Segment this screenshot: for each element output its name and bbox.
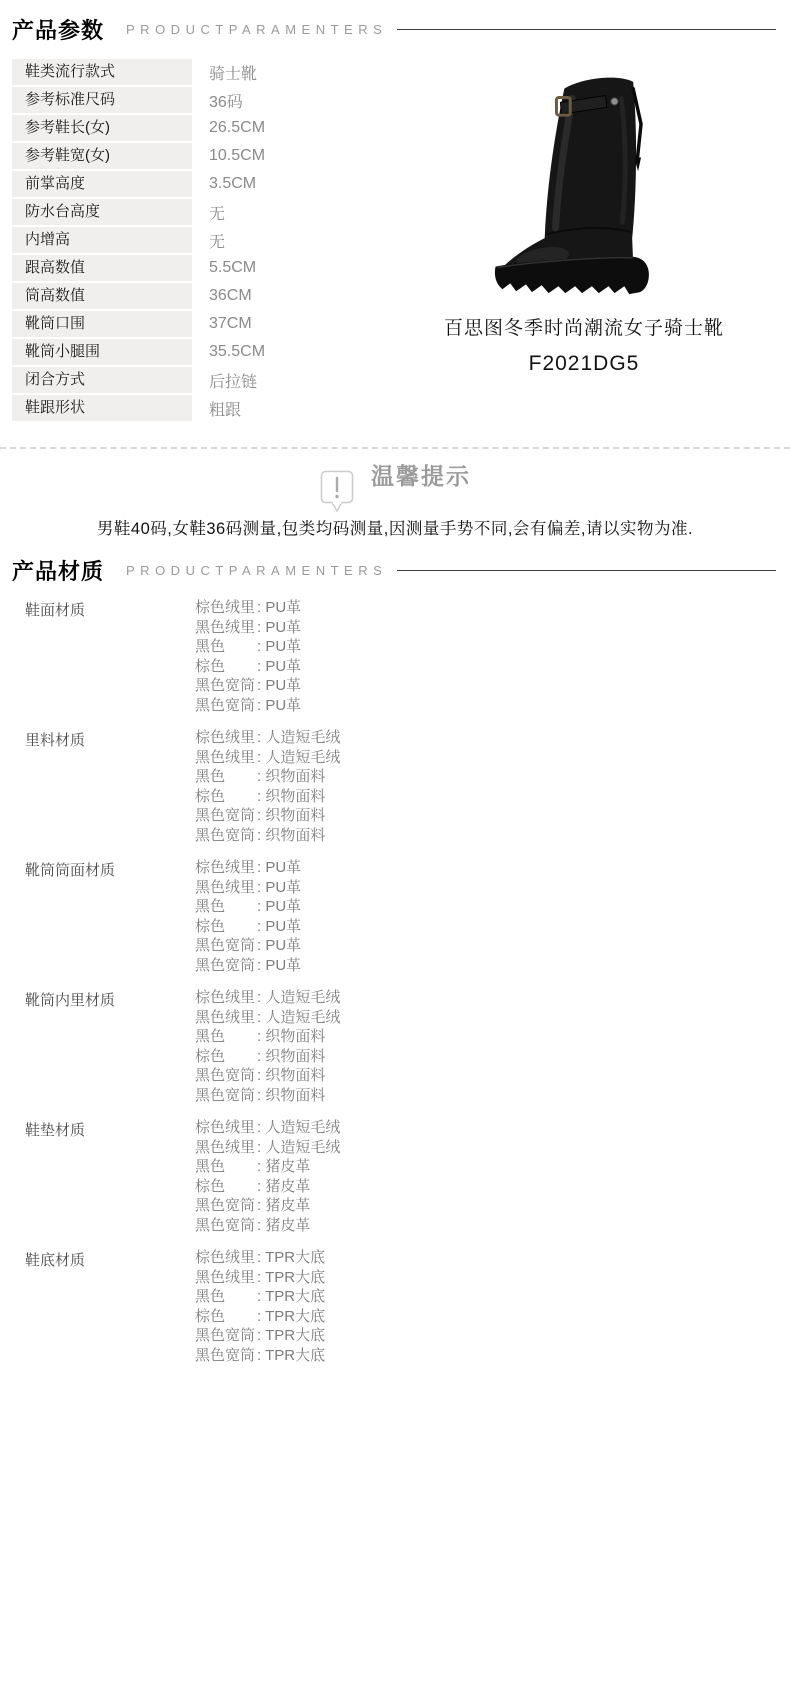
material-value: 织物面料 [265, 788, 325, 805]
param-label: 靴筒口围 [12, 311, 192, 337]
material-variant-name: 黑色宽筒 [195, 1216, 257, 1236]
material-value: 织物面料 [265, 1028, 325, 1045]
material-variant-name: 黑色绒里 [195, 1268, 257, 1288]
material-line: 棕色: 猪皮革 [195, 1177, 340, 1197]
dashed-divider [0, 447, 790, 449]
material-line: 棕色绒里: 人造短毛绒 [195, 1118, 340, 1138]
material-line: 黑色宽筒: 猪皮革 [195, 1196, 340, 1216]
material-line: 黑色: TPR大底 [195, 1287, 325, 1307]
param-row: 靴筒口围 37CM [12, 311, 390, 337]
material-value: 人造短毛绒 [265, 989, 340, 1006]
material-label: 里料材质 [0, 728, 195, 845]
materials-list: 鞋面材质 棕色绒里: PU革 黑色绒里: PU革 黑色: PU革 棕色: PU革… [0, 598, 790, 1365]
material-value: TPR大底 [265, 1327, 325, 1344]
material-value: PU革 [265, 937, 301, 954]
material-label: 鞋底材质 [0, 1248, 195, 1365]
material-value: 织物面料 [265, 768, 325, 785]
material-label: 鞋面材质 [0, 598, 195, 715]
material-colon: : [257, 1288, 265, 1305]
param-value: 后拉链 [192, 369, 257, 392]
product-caption: 百思图冬季时尚潮流女子骑士靴 [390, 313, 778, 340]
param-label: 参考鞋宽(女) [12, 143, 192, 169]
param-row: 防水台高度 无 [12, 199, 390, 225]
material-line: 棕色绒里: 人造短毛绒 [195, 988, 340, 1008]
param-value: 36CM [192, 287, 252, 305]
material-value: PU革 [265, 957, 301, 974]
material-colon: : [257, 1249, 265, 1266]
material-line: 棕色: 织物面料 [195, 1047, 340, 1067]
material-line: 黑色绒里: 人造短毛绒 [195, 1138, 340, 1158]
material-variant-name: 黑色宽筒 [195, 1326, 257, 1346]
param-value: 35.5CM [192, 343, 265, 361]
material-variant-name: 棕色绒里 [195, 988, 257, 1008]
material-variant-name: 黑色 [195, 1157, 257, 1177]
param-row: 鞋类流行款式 骑士靴 [12, 59, 390, 85]
material-value: PU革 [265, 619, 301, 636]
material-block: 鞋底材质 棕色绒里: TPR大底 黑色绒里: TPR大底 黑色: TPR大底 棕… [0, 1248, 790, 1365]
param-row: 鞋跟形状 粗跟 [12, 395, 390, 421]
material-variant-name: 棕色 [195, 1177, 257, 1197]
material-variant-name: 黑色绒里 [195, 1138, 257, 1158]
tips-header: 温馨提示 [0, 461, 790, 509]
material-line: 黑色宽筒: 织物面料 [195, 806, 340, 826]
material-line: 黑色绒里: PU革 [195, 618, 301, 638]
material-variant-name: 棕色 [195, 787, 257, 807]
param-value: 5.5CM [192, 259, 256, 277]
boot-image [480, 67, 688, 303]
material-value: 人造短毛绒 [265, 749, 340, 766]
material-lines: 棕色绒里: PU革 黑色绒里: PU革 黑色: PU革 棕色: PU革 黑色宽筒… [195, 858, 301, 975]
param-label: 靴筒小腿围 [12, 339, 192, 365]
param-value: 无 [192, 201, 225, 224]
material-line: 黑色: PU革 [195, 897, 301, 917]
material-variant-name: 棕色 [195, 657, 257, 677]
material-line: 黑色宽筒: TPR大底 [195, 1346, 325, 1366]
material-line: 黑色宽筒: TPR大底 [195, 1326, 325, 1346]
material-line: 黑色: 织物面料 [195, 1027, 340, 1047]
param-value: 10.5CM [192, 147, 265, 165]
material-line: 黑色绒里: 人造短毛绒 [195, 748, 340, 768]
param-row: 内增高 无 [12, 227, 390, 253]
param-row: 前掌高度 3.5CM [12, 171, 390, 197]
material-value: 人造短毛绒 [265, 1009, 340, 1026]
material-variant-name: 黑色绒里 [195, 618, 257, 638]
material-value: PU革 [265, 677, 301, 694]
material-value: PU革 [265, 918, 301, 935]
material-variant-name: 黑色宽筒 [195, 936, 257, 956]
param-row: 筒高数值 36CM [12, 283, 390, 309]
material-value: 人造短毛绒 [265, 1139, 340, 1156]
param-value: 37CM [192, 315, 252, 333]
material-variant-name: 棕色绒里 [195, 1118, 257, 1138]
material-variant-name: 棕色绒里 [195, 598, 257, 618]
param-value: 26.5CM [192, 119, 265, 137]
material-line: 棕色绒里: TPR大底 [195, 1248, 325, 1268]
material-line: 黑色绒里: TPR大底 [195, 1268, 325, 1288]
material-line: 棕色: TPR大底 [195, 1307, 325, 1327]
material-variant-name: 黑色 [195, 1287, 257, 1307]
tips-title: 温馨提示 [371, 461, 471, 491]
material-value: PU革 [265, 697, 301, 714]
material-value: 织物面料 [265, 1067, 325, 1084]
material-value: 猪皮革 [265, 1197, 310, 1214]
exclamation-bubble-icon [319, 469, 357, 520]
material-variant-name: 黑色宽筒 [195, 1346, 257, 1366]
material-block: 鞋垫材质 棕色绒里: 人造短毛绒 黑色绒里: 人造短毛绒 黑色: 猪皮革 棕色:… [0, 1118, 790, 1235]
material-block: 里料材质 棕色绒里: 人造短毛绒 黑色绒里: 人造短毛绒 黑色: 织物面料 棕色… [0, 728, 790, 845]
material-variant-name: 黑色宽筒 [195, 826, 257, 846]
params-section-header: 产品参数 PRODUCTPARAMENTERS [0, 0, 790, 53]
param-row: 跟高数值 5.5CM [12, 255, 390, 281]
material-variant-name: 黑色绒里 [195, 1008, 257, 1028]
material-line: 黑色宽筒: 猪皮革 [195, 1216, 340, 1236]
material-value: PU革 [265, 638, 301, 655]
material-line: 黑色宽筒: PU革 [195, 696, 301, 716]
material-colon: : [257, 1308, 265, 1325]
param-label: 筒高数值 [12, 283, 192, 309]
material-lines: 棕色绒里: TPR大底 黑色绒里: TPR大底 黑色: TPR大底 棕色: TP… [195, 1248, 325, 1365]
param-label: 参考鞋长(女) [12, 115, 192, 141]
material-value: 人造短毛绒 [265, 1119, 340, 1136]
material-line: 棕色: 织物面料 [195, 787, 340, 807]
param-value: 36码 [192, 89, 243, 112]
material-value: 织物面料 [265, 827, 325, 844]
material-variant-name: 黑色宽筒 [195, 1196, 257, 1216]
product-figure: 百思图冬季时尚潮流女子骑士靴 F2021DG5 [390, 59, 778, 423]
material-value: PU革 [265, 599, 301, 616]
material-value: TPR大底 [265, 1269, 325, 1286]
params-area: 鞋类流行款式 骑士靴 参考标准尺码 36码 参考鞋长(女) 26.5CM 参考鞋… [12, 59, 778, 423]
param-value: 3.5CM [192, 175, 256, 193]
param-label: 防水台高度 [12, 199, 192, 225]
material-variant-name: 黑色 [195, 897, 257, 917]
tips-block: 温馨提示 男鞋40码,女鞋36码测量,包类均码测量,因测量手势不同,会有偏差,请… [0, 461, 790, 539]
param-row: 参考标准尺码 36码 [12, 87, 390, 113]
material-value: 猪皮革 [265, 1178, 310, 1195]
material-variant-name: 黑色宽筒 [195, 1086, 257, 1106]
param-value: 粗跟 [192, 397, 241, 420]
params-table: 鞋类流行款式 骑士靴 参考标准尺码 36码 参考鞋长(女) 26.5CM 参考鞋… [12, 59, 390, 423]
header-rule [397, 570, 776, 571]
materials-section-title: 产品材质 [12, 555, 104, 586]
params-section-subtitle: PRODUCTPARAMENTERS [126, 22, 387, 37]
material-lines: 棕色绒里: 人造短毛绒 黑色绒里: 人造短毛绒 黑色: 织物面料 棕色: 织物面… [195, 988, 340, 1105]
param-row: 参考鞋宽(女) 10.5CM [12, 143, 390, 169]
material-label: 靴筒筒面材质 [0, 858, 195, 975]
material-value: PU革 [265, 658, 301, 675]
material-variant-name: 黑色绒里 [195, 748, 257, 768]
product-detail-page: 产品参数 PRODUCTPARAMENTERS 鞋类流行款式 骑士靴 参考标准尺… [0, 0, 790, 1365]
param-label: 参考标准尺码 [12, 87, 192, 113]
param-label: 鞋跟形状 [12, 395, 192, 421]
material-value: 猪皮革 [265, 1158, 310, 1175]
material-line: 黑色宽筒: PU革 [195, 956, 301, 976]
material-value: TPR大底 [265, 1288, 325, 1305]
material-value: 猪皮革 [265, 1217, 310, 1234]
material-line: 黑色宽筒: 织物面料 [195, 826, 340, 846]
material-value: 织物面料 [265, 807, 325, 824]
param-value: 无 [192, 229, 225, 252]
material-value: PU革 [265, 879, 301, 896]
material-line: 棕色绒里: 人造短毛绒 [195, 728, 340, 748]
material-variant-name: 棕色 [195, 1307, 257, 1327]
material-value: 织物面料 [265, 1087, 325, 1104]
material-colon: : [257, 1347, 265, 1364]
material-line: 棕色绒里: PU革 [195, 598, 301, 618]
material-variant-name: 黑色 [195, 637, 257, 657]
material-variant-name: 黑色 [195, 1027, 257, 1047]
material-value: PU革 [265, 859, 301, 876]
material-value: 人造短毛绒 [265, 729, 340, 746]
materials-section-subtitle: PRODUCTPARAMENTERS [126, 563, 387, 578]
material-line: 黑色: 织物面料 [195, 767, 340, 787]
param-label: 跟高数值 [12, 255, 192, 281]
material-line: 棕色: PU革 [195, 917, 301, 937]
material-line: 黑色宽筒: PU革 [195, 676, 301, 696]
param-row: 参考鞋长(女) 26.5CM [12, 115, 390, 141]
tips-note: 男鞋40码,女鞋36码测量,包类均码测量,因测量手势不同,会有偏差,请以实物为准… [0, 515, 790, 539]
material-block: 鞋面材质 棕色绒里: PU革 黑色绒里: PU革 黑色: PU革 棕色: PU革… [0, 598, 790, 715]
material-line: 黑色: PU革 [195, 637, 301, 657]
material-lines: 棕色绒里: PU革 黑色绒里: PU革 黑色: PU革 棕色: PU革 黑色宽筒… [195, 598, 301, 715]
material-value: TPR大底 [265, 1347, 325, 1364]
param-label: 内增高 [12, 227, 192, 253]
material-variant-name: 棕色 [195, 917, 257, 937]
material-line: 黑色: 猪皮革 [195, 1157, 340, 1177]
material-lines: 棕色绒里: 人造短毛绒 黑色绒里: 人造短毛绒 黑色: 织物面料 棕色: 织物面… [195, 728, 340, 845]
material-colon: : [257, 1327, 265, 1344]
product-model-code: F2021DG5 [390, 352, 778, 376]
material-value: 织物面料 [265, 1048, 325, 1065]
material-variant-name: 黑色宽筒 [195, 676, 257, 696]
material-line: 黑色宽筒: 织物面料 [195, 1086, 340, 1106]
material-variant-name: 黑色宽筒 [195, 806, 257, 826]
material-variant-name: 棕色绒里 [195, 1248, 257, 1268]
material-block: 靴筒内里材质 棕色绒里: 人造短毛绒 黑色绒里: 人造短毛绒 黑色: 织物面料 … [0, 988, 790, 1105]
param-row: 靴筒小腿围 35.5CM [12, 339, 390, 365]
param-row: 闭合方式 后拉链 [12, 367, 390, 393]
material-line: 黑色宽筒: 织物面料 [195, 1066, 340, 1086]
param-label: 鞋类流行款式 [12, 59, 192, 85]
material-colon: : [257, 1269, 265, 1286]
material-value: TPR大底 [265, 1249, 325, 1266]
material-variant-name: 棕色绒里 [195, 728, 257, 748]
material-lines: 棕色绒里: 人造短毛绒 黑色绒里: 人造短毛绒 黑色: 猪皮革 棕色: 猪皮革 … [195, 1118, 340, 1235]
material-line: 黑色绒里: 人造短毛绒 [195, 1008, 340, 1028]
material-line: 黑色绒里: PU革 [195, 878, 301, 898]
material-line: 棕色: PU革 [195, 657, 301, 677]
material-variant-name: 棕色绒里 [195, 858, 257, 878]
params-section-title: 产品参数 [12, 14, 104, 45]
material-variant-name: 棕色 [195, 1047, 257, 1067]
material-line: 棕色绒里: PU革 [195, 858, 301, 878]
material-value: TPR大底 [265, 1308, 325, 1325]
material-variant-name: 黑色宽筒 [195, 956, 257, 976]
param-label: 闭合方式 [12, 367, 192, 393]
material-label: 鞋垫材质 [0, 1118, 195, 1235]
material-label: 靴筒内里材质 [0, 988, 195, 1105]
material-line: 黑色宽筒: PU革 [195, 936, 301, 956]
material-variant-name: 黑色宽筒 [195, 696, 257, 716]
material-variant-name: 黑色 [195, 767, 257, 787]
materials-section-header: 产品材质 PRODUCTPARAMENTERS [0, 541, 790, 594]
header-rule [397, 29, 776, 30]
param-value: 骑士靴 [192, 61, 257, 84]
material-variant-name: 黑色宽筒 [195, 1066, 257, 1086]
material-value: PU革 [265, 898, 301, 915]
param-label: 前掌高度 [12, 171, 192, 197]
material-block: 靴筒筒面材质 棕色绒里: PU革 黑色绒里: PU革 黑色: PU革 棕色: P… [0, 858, 790, 975]
material-variant-name: 黑色绒里 [195, 878, 257, 898]
